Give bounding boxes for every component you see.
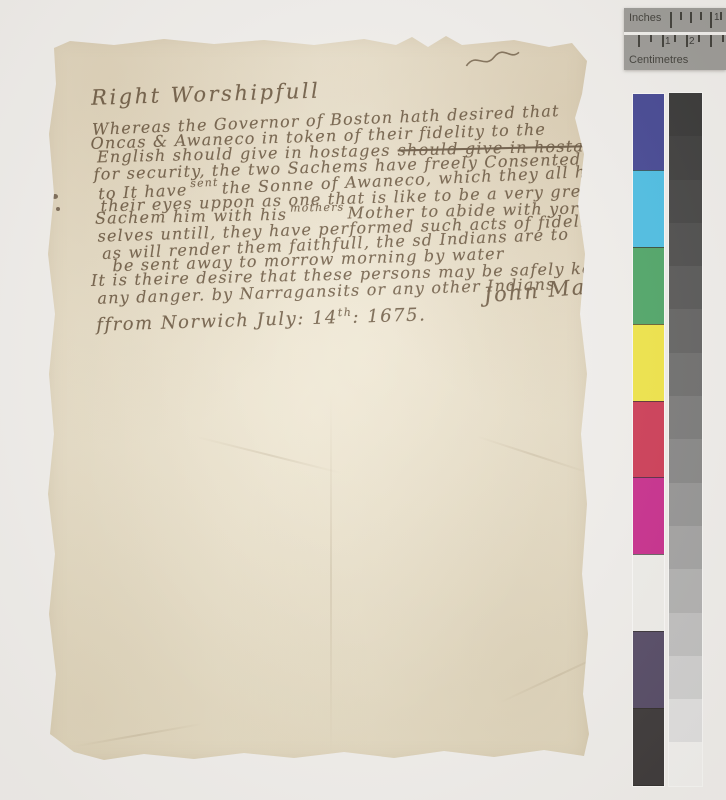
cm-tick xyxy=(650,35,652,42)
inches-label: Inches xyxy=(629,12,661,24)
ink-flourish xyxy=(464,48,523,72)
inch-tick xyxy=(710,12,712,28)
color-calibration-strip xyxy=(633,94,664,786)
dateline-text: ffrom Norwich July: 14 xyxy=(96,307,338,336)
color-patch-cyan xyxy=(633,170,664,247)
cm-tick xyxy=(686,35,688,47)
gray-step-6 xyxy=(669,309,702,352)
interlinear-insertion: mothers xyxy=(290,201,345,215)
gray-step-16 xyxy=(669,742,702,785)
paper-crease xyxy=(196,436,342,474)
cm-tick xyxy=(698,35,700,42)
grayscale-calibration-strip xyxy=(669,93,702,786)
paper-crease xyxy=(500,647,619,704)
ink-blot xyxy=(56,207,60,211)
paper-crease xyxy=(477,436,592,475)
cm-numeral-2: 2 xyxy=(689,36,695,47)
photograph-background: Right Worshipfull Whereas the Governor o… xyxy=(0,0,726,800)
manuscript-page: Right Worshipfull Whereas the Governor o… xyxy=(44,34,590,764)
color-patch-red xyxy=(633,401,664,478)
centimetres-label: Centimetres xyxy=(629,54,688,66)
inch-tick xyxy=(670,12,672,28)
gray-step-13 xyxy=(669,613,702,656)
gray-step-15 xyxy=(669,699,702,742)
dateline-superscript: th xyxy=(338,306,353,319)
color-patch-magenta xyxy=(633,477,664,554)
color-patch-black xyxy=(633,708,664,785)
ink-blot xyxy=(52,194,58,199)
cm-tick xyxy=(662,35,664,47)
dateline-text: : 1675. xyxy=(352,304,426,327)
cm-tick xyxy=(638,35,640,47)
inch-tick xyxy=(690,12,692,23)
dateline: ffrom Norwich July: 14th: 1675. xyxy=(96,303,427,335)
inch-numeral-1: 1 xyxy=(714,12,720,23)
gray-step-5 xyxy=(669,266,702,309)
gray-step-14 xyxy=(669,656,702,699)
gray-step-10 xyxy=(669,483,702,526)
ruler-card: Inches Centimetres 112 xyxy=(624,8,726,70)
gray-step-1 xyxy=(669,93,702,136)
inch-tick xyxy=(700,12,702,20)
color-patch-dark-purple xyxy=(633,631,664,708)
paper-crease xyxy=(75,723,203,748)
cm-tick xyxy=(710,35,712,47)
gray-step-3 xyxy=(669,180,702,223)
salutation: Right Worshipfull xyxy=(91,79,321,110)
gray-step-12 xyxy=(669,569,702,612)
cm-tick xyxy=(674,35,676,42)
color-patch-dark-blue xyxy=(633,94,664,170)
gray-step-9 xyxy=(669,439,702,482)
color-patch-yellow xyxy=(633,324,664,401)
cm-tick xyxy=(722,35,724,42)
inch-tick xyxy=(680,12,682,20)
gray-step-2 xyxy=(669,136,702,179)
gray-step-8 xyxy=(669,396,702,439)
paper-crease xyxy=(330,394,332,754)
gray-step-11 xyxy=(669,526,702,569)
color-patch-white xyxy=(633,554,664,631)
inch-tick xyxy=(720,12,722,20)
gray-step-7 xyxy=(669,353,702,396)
letter-text: Right Worshipfull Whereas the Governor o… xyxy=(84,44,613,360)
gray-step-4 xyxy=(669,223,702,266)
color-patch-green xyxy=(633,247,664,324)
cm-numeral-1: 1 xyxy=(665,36,671,47)
interlinear-insertion: sent xyxy=(190,176,219,190)
